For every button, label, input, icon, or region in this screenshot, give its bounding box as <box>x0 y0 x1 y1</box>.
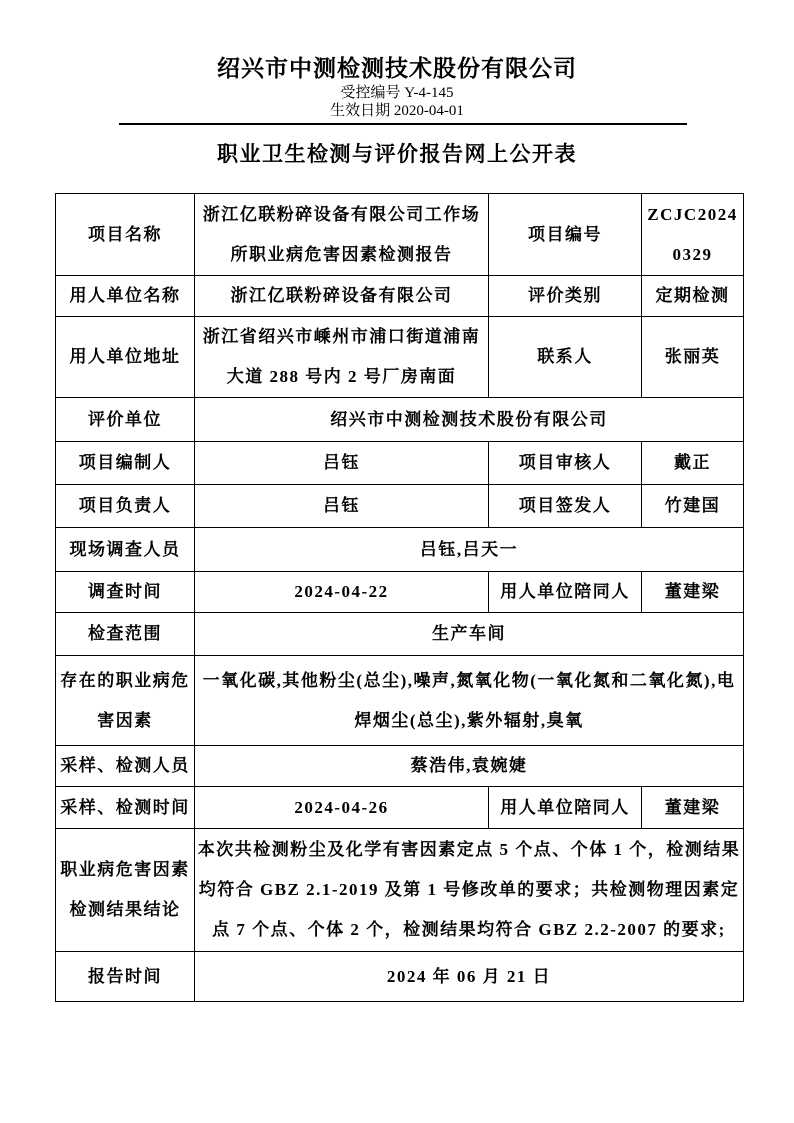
row-sampling-personnel: 采样、检测人员 蔡浩伟,袁婉婕 <box>56 746 744 787</box>
value-report-date: 2024 年 06 月 21 日 <box>195 952 744 1002</box>
document-page: 绍兴市中测检测技术股份有限公司 受控编号 Y-4-145 生效日期 2020-0… <box>0 0 794 1123</box>
value-contact-person: 张丽英 <box>642 317 744 398</box>
label-investigation-date: 调查时间 <box>56 572 195 613</box>
value-hazard-factors: 一氧化碳,其他粉尘(总尘),噪声,氮氧化物(一氧化氮和二氧化氮),电焊烟尘(总尘… <box>195 656 744 746</box>
report-table: 项目名称 浙江亿联粉碎设备有限公司工作场所职业病危害因素检测报告 项目编号 ZC… <box>55 193 744 1002</box>
label-project-compiler: 项目编制人 <box>56 442 195 485</box>
label-contact-person: 联系人 <box>489 317 642 398</box>
value-employer-name: 浙江亿联粉碎设备有限公司 <box>195 276 489 317</box>
header-divider <box>119 123 687 125</box>
label-inspection-scope: 检查范围 <box>56 613 195 656</box>
value-inspection-scope: 生产车间 <box>195 613 744 656</box>
value-conclusion: 本次共检测粉尘及化学有害因素定点 5 个点、个体 1 个，检测结果均符合 GBZ… <box>195 829 744 952</box>
value-site-investigators: 吕钰,吕天一 <box>195 528 744 572</box>
row-employer-name: 用人单位名称 浙江亿联粉碎设备有限公司 评价类别 定期检测 <box>56 276 744 317</box>
label-evaluation-org: 评价单位 <box>56 398 195 442</box>
label-site-investigators: 现场调查人员 <box>56 528 195 572</box>
value-employer-address: 浙江省绍兴市嵊州市浦口街道浦南大道 288 号内 2 号厂房南面 <box>195 317 489 398</box>
row-inspection-scope: 检查范围 生产车间 <box>56 613 744 656</box>
value-project-signer: 竹建国 <box>642 485 744 528</box>
value-evaluation-org: 绍兴市中测检测技术股份有限公司 <box>195 398 744 442</box>
label-project-number: 项目编号 <box>489 194 642 276</box>
value-project-compiler: 吕钰 <box>195 442 489 485</box>
value-project-name: 浙江亿联粉碎设备有限公司工作场所职业病危害因素检测报告 <box>195 194 489 276</box>
value-employer-escort: 董建梁 <box>642 572 744 613</box>
row-project-name: 项目名称 浙江亿联粉碎设备有限公司工作场所职业病危害因素检测报告 项目编号 ZC… <box>56 194 744 276</box>
value-project-number: ZCJC20240329 <box>642 194 744 276</box>
label-conclusion: 职业病危害因素检测结果结论 <box>56 829 195 952</box>
value-evaluation-type: 定期检测 <box>642 276 744 317</box>
row-project-compiler: 项目编制人 吕钰 项目审核人 戴正 <box>56 442 744 485</box>
value-sampling-personnel: 蔡浩伟,袁婉婕 <box>195 746 744 787</box>
value-sampling-date: 2024-04-26 <box>195 787 489 829</box>
row-site-investigators: 现场调查人员 吕钰,吕天一 <box>56 528 744 572</box>
label-employer-address: 用人单位地址 <box>56 317 195 398</box>
row-hazard-factors: 存在的职业病危害因素 一氧化碳,其他粉尘(总尘),噪声,氮氧化物(一氧化氮和二氧… <box>56 656 744 746</box>
label-employer-escort-2: 用人单位陪同人 <box>489 787 642 829</box>
row-conclusion: 职业病危害因素检测结果结论 本次共检测粉尘及化学有害因素定点 5 个点、个体 1… <box>56 829 744 952</box>
row-employer-address: 用人单位地址 浙江省绍兴市嵊州市浦口街道浦南大道 288 号内 2 号厂房南面 … <box>56 317 744 398</box>
row-evaluation-org: 评价单位 绍兴市中测检测技术股份有限公司 <box>56 398 744 442</box>
value-project-reviewer: 戴正 <box>642 442 744 485</box>
control-number: 受控编号 Y-4-145 <box>0 85 794 102</box>
effective-date: 生效日期 2020-04-01 <box>0 103 794 120</box>
label-project-reviewer: 项目审核人 <box>489 442 642 485</box>
row-sampling-date: 采样、检测时间 2024-04-26 用人单位陪同人 董建梁 <box>56 787 744 829</box>
value-investigation-date: 2024-04-22 <box>195 572 489 613</box>
label-sampling-personnel: 采样、检测人员 <box>56 746 195 787</box>
value-employer-escort-2: 董建梁 <box>642 787 744 829</box>
label-project-signer: 项目签发人 <box>489 485 642 528</box>
label-project-leader: 项目负责人 <box>56 485 195 528</box>
value-project-leader: 吕钰 <box>195 485 489 528</box>
label-sampling-date: 采样、检测时间 <box>56 787 195 829</box>
label-evaluation-type: 评价类别 <box>489 276 642 317</box>
company-name: 绍兴市中测检测技术股份有限公司 <box>0 54 794 84</box>
form-title: 职业卫生检测与评价报告网上公开表 <box>0 140 794 168</box>
row-report-date: 报告时间 2024 年 06 月 21 日 <box>56 952 744 1002</box>
label-hazard-factors: 存在的职业病危害因素 <box>56 656 195 746</box>
label-employer-escort: 用人单位陪同人 <box>489 572 642 613</box>
label-report-date: 报告时间 <box>56 952 195 1002</box>
label-project-name: 项目名称 <box>56 194 195 276</box>
label-employer-name: 用人单位名称 <box>56 276 195 317</box>
row-investigation-date: 调查时间 2024-04-22 用人单位陪同人 董建梁 <box>56 572 744 613</box>
document-header: 绍兴市中测检测技术股份有限公司 受控编号 Y-4-145 生效日期 2020-0… <box>0 0 794 168</box>
row-project-leader: 项目负责人 吕钰 项目签发人 竹建国 <box>56 485 744 528</box>
